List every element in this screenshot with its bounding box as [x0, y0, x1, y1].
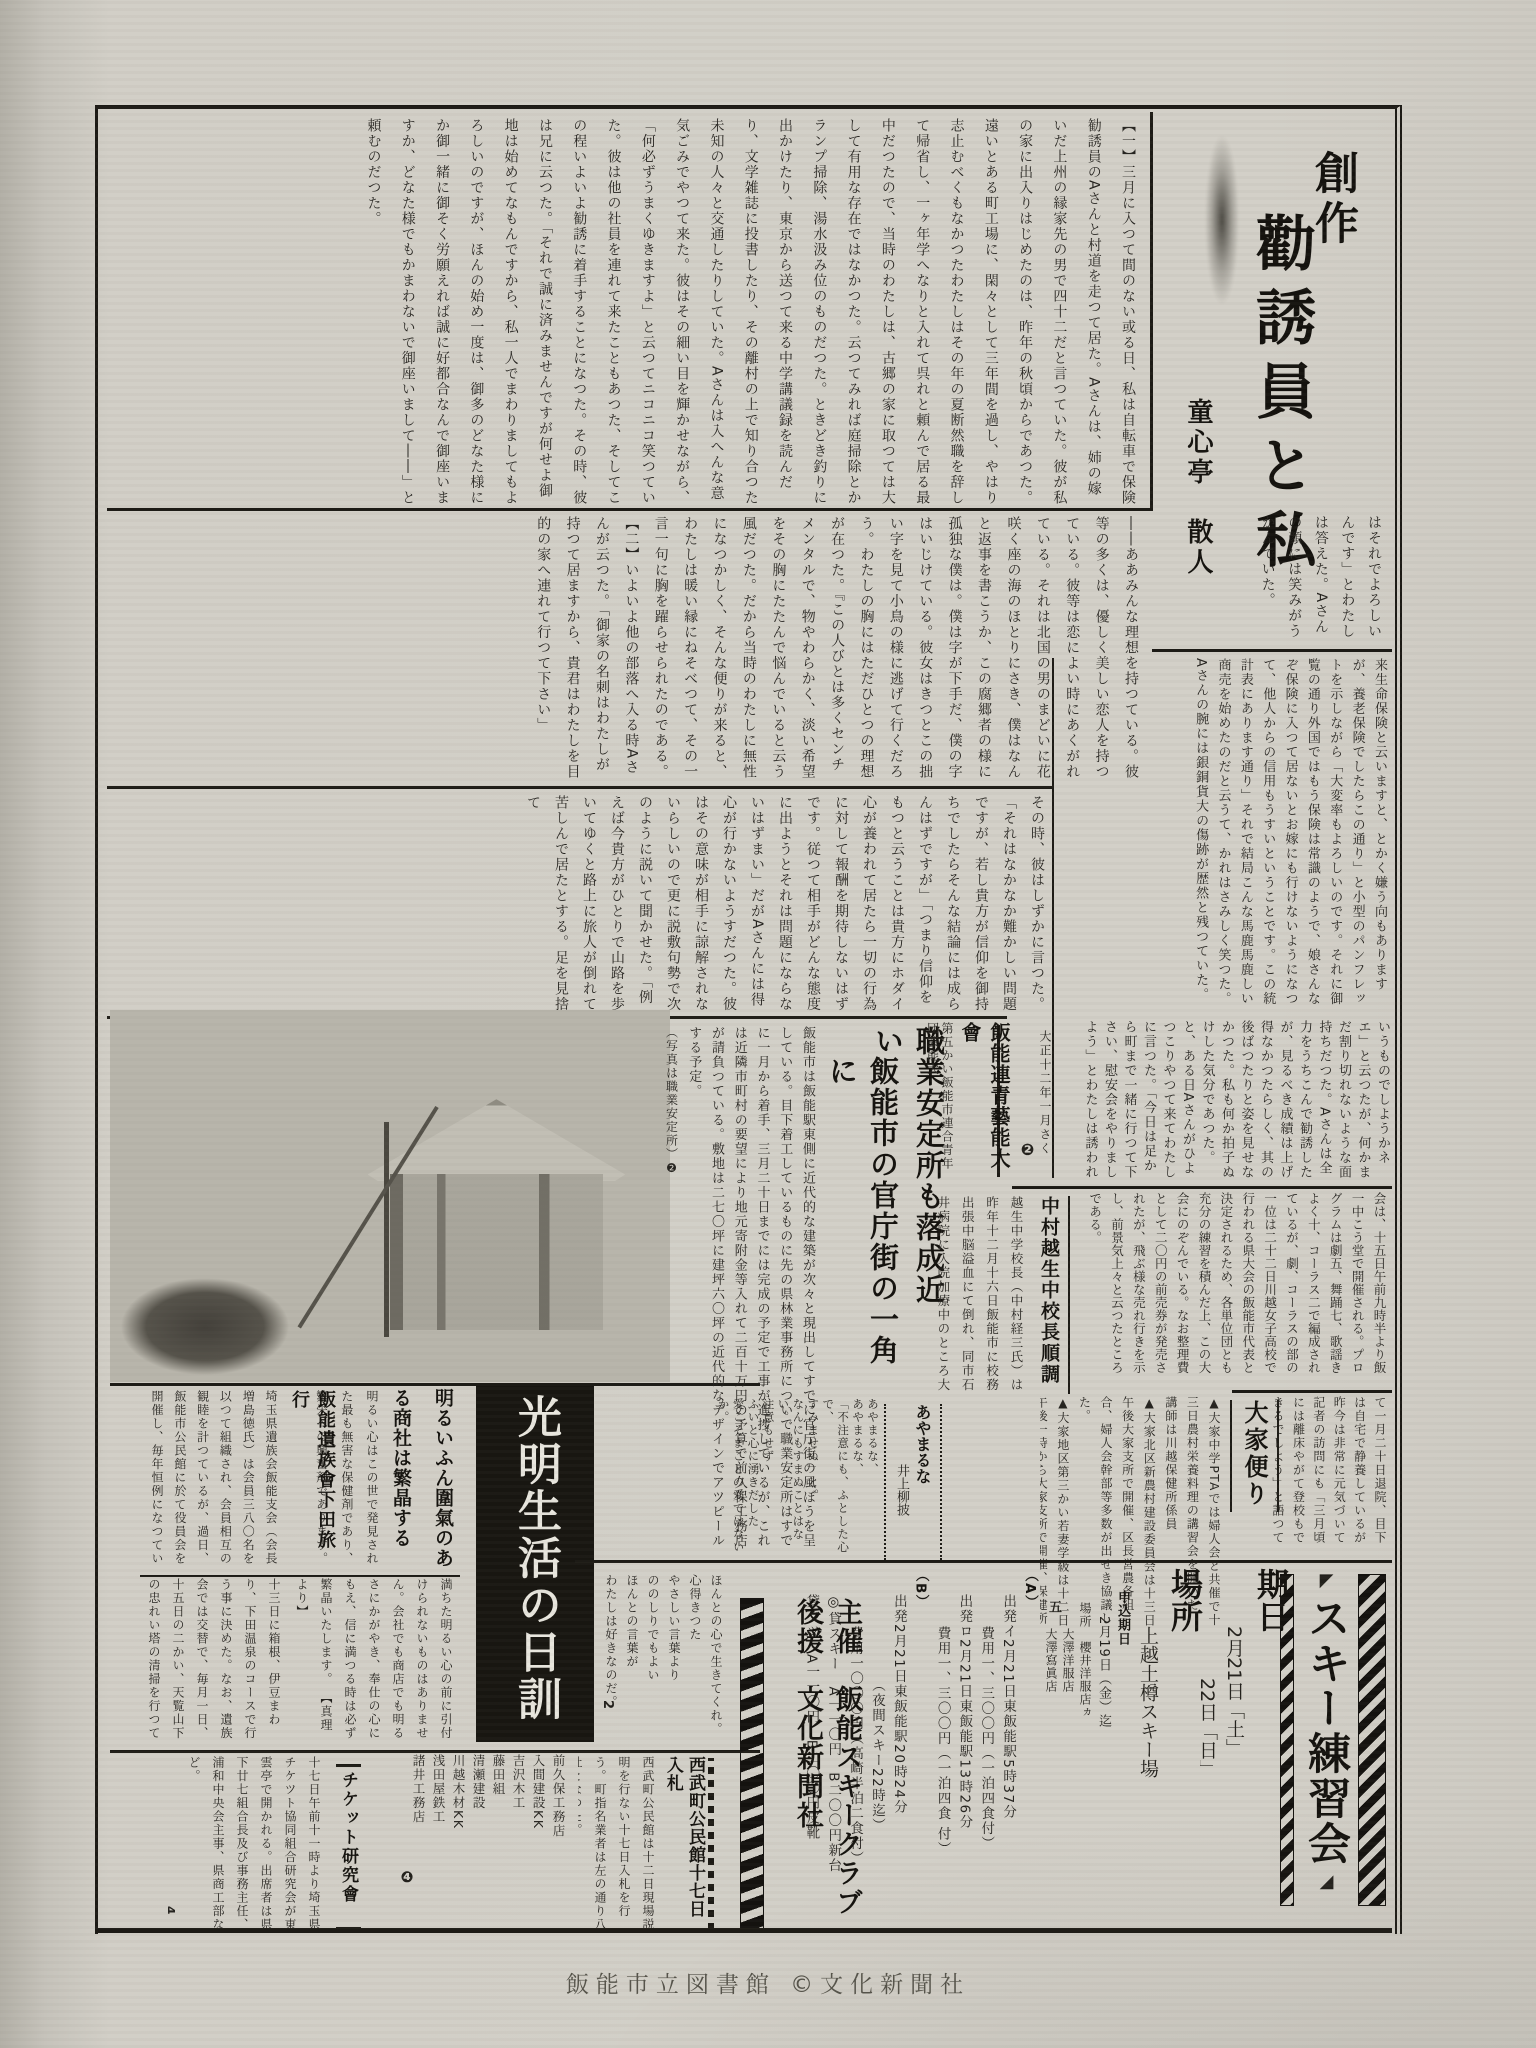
rule: [140, 1575, 460, 1577]
poem-title: あやまるな: [911, 1404, 934, 1560]
ticket-body: 十七日午前十一時より埼玉県チケツト協同組合研究会が東雲亭で開かれる。出席者は県下…: [168, 1756, 326, 1934]
poem-title-block: あやまるな 井上柳披: [884, 1404, 942, 1560]
list-item: ののしりでもよい: [642, 1574, 663, 1746]
geino-headline: 飯能連青藝能大會: [956, 1022, 1014, 1182]
photo-building-roof: [368, 1099, 626, 1181]
ski-apply-block: 申込期日 2月19日（金）迄: [1094, 1590, 1132, 1890]
story-band-1: 【一】三月に入つて間のない或る日、私は自転車で保険勧誘員のAさんと村道を走つて居…: [107, 118, 1145, 506]
ticket-end-mark: 4: [168, 1756, 182, 1934]
list-item: 注意もせず: [761, 1398, 776, 1556]
ski-host-block: 主催 飯能スキークラブ 後援 文化新聞社: [766, 1598, 866, 1932]
ski-plan-b-line1: 出発2月21日東飯能駅20時24分: [887, 1568, 909, 1930]
izoku-body-2: 十三日に箱根、伊豆まわり、下田温泉のコースで行う事に決めた。なお、遺族会では交替…: [140, 1578, 286, 1744]
poem-lines-2: ほんとの心で生きてくれ。心得きつたやさしい言葉よりののしりでもよいほんとの言葉が…: [598, 1574, 726, 1746]
photo-caption: （写真は職業安定所）❷: [661, 1026, 682, 1554]
ski-plan-a-line4: 費用一、三〇〇円（一泊四食 付）: [931, 1568, 953, 1930]
story-right-band-2: 来生命保険と云いますと、とかく嫌う向もありますが、養老保険でしたらこの通り」と小…: [1062, 658, 1390, 1012]
list-item: 諸井工務店: [408, 1754, 428, 1876]
ticket-body-text: 十七日午前十一時より埼玉県チケツト協同組合研究会が東雲亭で開かれる。出席者は県下…: [187, 1756, 321, 1932]
list-item: なんにもすまぬことはない。: [775, 1398, 805, 1556]
rule: [1150, 112, 1153, 510]
story-band-2: ――ああみんな理想を持つている。彼等の多くは、優しく美しい恋人を持つている。彼等…: [107, 516, 1145, 782]
seibu-end-mark: ❹: [398, 1868, 416, 1890]
ski-shop-2: 大澤洋服店: [1060, 1602, 1077, 1892]
ski-shops-block: 場所 櫻井洋服店ヵ 大澤洋服店 大澤寫眞店: [1042, 1602, 1094, 1892]
ticket-headline: チケット研究會: [336, 1764, 361, 1930]
oya-headline: 大家便り: [1230, 1400, 1279, 1512]
seibu-body: 西武町公民館は十二日現場説明を行ない十七日入札を行う。町指名業者は左の通り八社と…: [578, 1756, 660, 1934]
poem-end-mark: 2: [600, 1700, 615, 1720]
photo-building-body: [390, 1174, 603, 1330]
ski-date-block: 期日 2月21日「土」 22日「日」: [1200, 1568, 1294, 1898]
izoku-body-1: 埼玉県遺族会飯能支会（会長増島徳氏）は会員三八〇名を以つて組織され、会員相互の観…: [146, 1390, 282, 1572]
nakamura-headline: 中村越生中校長順調: [1036, 1196, 1070, 1394]
list-item: 「不注意にも、ふとした心で、: [820, 1398, 850, 1556]
list-item: なぜ、その侭に生きぬのだ。: [714, 1398, 716, 1556]
rule: [107, 508, 1153, 511]
ski-plan-a-line1: 出発イ2月21日東飯能駅5時37分: [996, 1568, 1018, 1930]
ski-date-label: 期日: [1248, 1568, 1294, 1898]
list-item: わたしは好きなのだ。: [600, 1574, 621, 1746]
ski-shop-3: 大澤寫眞店: [1043, 1602, 1060, 1892]
story-right-band-1: はそれでよろしいんです」とわたしは答えた。Aさんの顔には笑みがうかんでいた。: [1157, 515, 1387, 645]
akarui-headline-2: る商社は繁晶する: [388, 1388, 415, 1554]
list-item: あやまるな、: [865, 1398, 880, 1556]
ski-title-arrow-top: ◤: [1316, 1570, 1337, 1591]
ski-place-block: 場所 上越土樽スキー場 （夜間スキー可）: [1134, 1568, 1208, 1900]
poem-author: 井上柳披: [892, 1404, 911, 1560]
ski-apply-date: 2月19日（金）迄: [1094, 1590, 1113, 1890]
list-item: ほんとの言葉が: [621, 1574, 642, 1746]
nakamura-body-1: 越生中学校長（中村経三氏）は昨年十二月十六日飯能市に校務出張中脳溢血にて倒れ、同…: [926, 1196, 1028, 1392]
list-item: 前久保工務店: [548, 1754, 568, 1876]
bottom-rule: [95, 1928, 1392, 1933]
list-item: すみませぬ」と。: [805, 1398, 820, 1556]
rule: [107, 786, 1053, 789]
photo-dirt-mound: [121, 1278, 289, 1375]
ski-place: 上越土樽スキー場: [1135, 1568, 1162, 1900]
ski-apply-label: 申込期日: [1113, 1590, 1132, 1890]
akarui-body2-text: 満ちた明るい心の前に引付けられないものはありません。会社でも商店でも明るさにかが…: [319, 1578, 453, 1740]
ski-plan-b-line2: （夜間スキー22時迄）: [865, 1568, 887, 1930]
rule: [1012, 1186, 1392, 1189]
list-item: ▲大家地区第三かい若妻学級は十二日午後一時から大家支所で開催、保健所係員の講話と…: [1040, 1396, 1073, 1628]
list-item: 吉沢木工: [508, 1754, 528, 1876]
ski-shop-1: 場所 櫻井洋服店ヵ: [1077, 1602, 1094, 1892]
list-item: 心得きつた: [684, 1574, 705, 1746]
seibu-headline: 西武町公民館十七日入札: [662, 1756, 706, 1934]
shokugyo-headline-line2: 飯能市の官庁街の一角に: [822, 1056, 904, 1390]
ink-smudge: [1205, 135, 1239, 305]
host-ornament-bar: [740, 1598, 764, 1930]
komyo-banner-text: 光明生活の日訓: [503, 1394, 567, 1734]
list-item: 藤田組: [488, 1754, 508, 1876]
geino-lead: 第五かい飯能市連合青年団芸能大: [926, 1022, 954, 1180]
ski-title-arrow-bottom: ◢: [1316, 1871, 1337, 1892]
story-right-band-3: いうものでしようかネエ」と云つたが、何かまだ割り切れないような面持ちだつた。Aさ…: [1085, 1020, 1392, 1180]
rule: [575, 1560, 1392, 1563]
list-item: 浅田屋鉄工: [428, 1754, 448, 1876]
seibu-company-list: 前久保工務店入間建設KK吉沢木工藤田組清瀬建設川越木材KK浅田屋鉄工諸井工務店: [408, 1754, 568, 1876]
list-item: あやまるな、: [850, 1398, 865, 1556]
library-credit: 飯能市立図書館 ©文化新聞社: [566, 1966, 970, 1999]
ski-title: スキー練習会: [1301, 1596, 1351, 1866]
list-item: やさしい言葉より: [663, 1574, 684, 1746]
story-signature-text: 大正十二年一月さく: [1038, 1030, 1052, 1156]
rule: [110, 1750, 760, 1753]
ski-support: 後援 文化新聞社: [788, 1598, 827, 1932]
izoku-headline: 飯能遺族會下田旅行: [286, 1390, 338, 1568]
story-signature: 大正十二年一月さく ❷: [1014, 1030, 1054, 1180]
nakamura-body2-text: て一月二十日退院、目下は自宅で静養しているが昨今は非常に元気づいて記者の訪問にも…: [1268, 1396, 1387, 1545]
ski-title-block: ◤ スキー練習会 ◢: [1296, 1570, 1357, 1906]
nakamura-body-2: て一月二十日退院、目下は自宅で静養しているが昨今は非常に元気づいて記者の訪問にも…: [1268, 1396, 1390, 1556]
ski-plan-a-label: （A）: [1018, 1568, 1040, 1930]
story-band-3: その時、彼はしずかに言つた。「それはなかなか難かしい問題ですが、若し貴方が信仰を…: [107, 795, 1051, 1013]
geino-body: 会は、十五日午前九時半より飯一中こう堂で開催される。プログラムは劇五、舞踊七、歌…: [1068, 1192, 1390, 1384]
ski-host: 主催 飯能スキークラブ: [827, 1598, 866, 1932]
komyo-banner: 光明生活の日訓: [478, 1388, 592, 1740]
rule: [1232, 1390, 1392, 1393]
photo-pole: [384, 1122, 389, 1338]
akarui-headline-1: 明るいふん圍氣のあ: [430, 1388, 457, 1568]
ski-place-label: 場所: [1162, 1568, 1208, 1900]
ski-ornament-right: [1358, 1574, 1386, 1906]
list-item: 愛こそまことの愛ではないか。: [716, 1398, 746, 1556]
akarui-body-2: 満ちた明るい心の前に引付けられないものはありません。会社でも商店でも明るさにかが…: [292, 1578, 458, 1744]
list-item: ふいと心に湧きだした: [746, 1398, 761, 1556]
ski-plan-a-line3: 出発ロ2月21日東飯能駅13時26分: [953, 1568, 975, 1930]
seibu-wavy-rule: [708, 1758, 714, 1930]
ski-place-note: （夜間スキー可）: [1134, 1568, 1135, 1900]
rule: [1152, 649, 1392, 652]
ski-plan-b-label: （B）: [909, 1568, 931, 1930]
izoku-body2-text: 十三日に箱根、伊豆まわり、下田温泉のコースで行う事に決めた。なお、遺族会では交替…: [140, 1578, 281, 1740]
ski-date-1: 2月21日「土」: [1221, 1568, 1248, 1898]
construction-site-photo: [110, 1010, 670, 1382]
ski-plan-a-line2: 費用一、三〇〇円（一泊四食付）: [974, 1568, 996, 1930]
list-item: 入間建設KK: [528, 1754, 548, 1876]
newspaper-page: 創作 勸誘員と私 童心亭 散人 【一】三月に入つて間のない或る日、私は自転車で保…: [0, 0, 1536, 2048]
list-item: 川越木材KK: [448, 1754, 468, 1876]
story-end-mark: ❷: [1018, 1030, 1037, 1180]
poem-lines-1: あやまるな、あやまるな、「不注意にも、ふとした心で、すみませぬ」と。なんにもすま…: [714, 1398, 880, 1556]
list-item: ほんとの心で生きてくれ。: [705, 1574, 726, 1746]
list-item: 清瀬建設: [468, 1754, 488, 1876]
